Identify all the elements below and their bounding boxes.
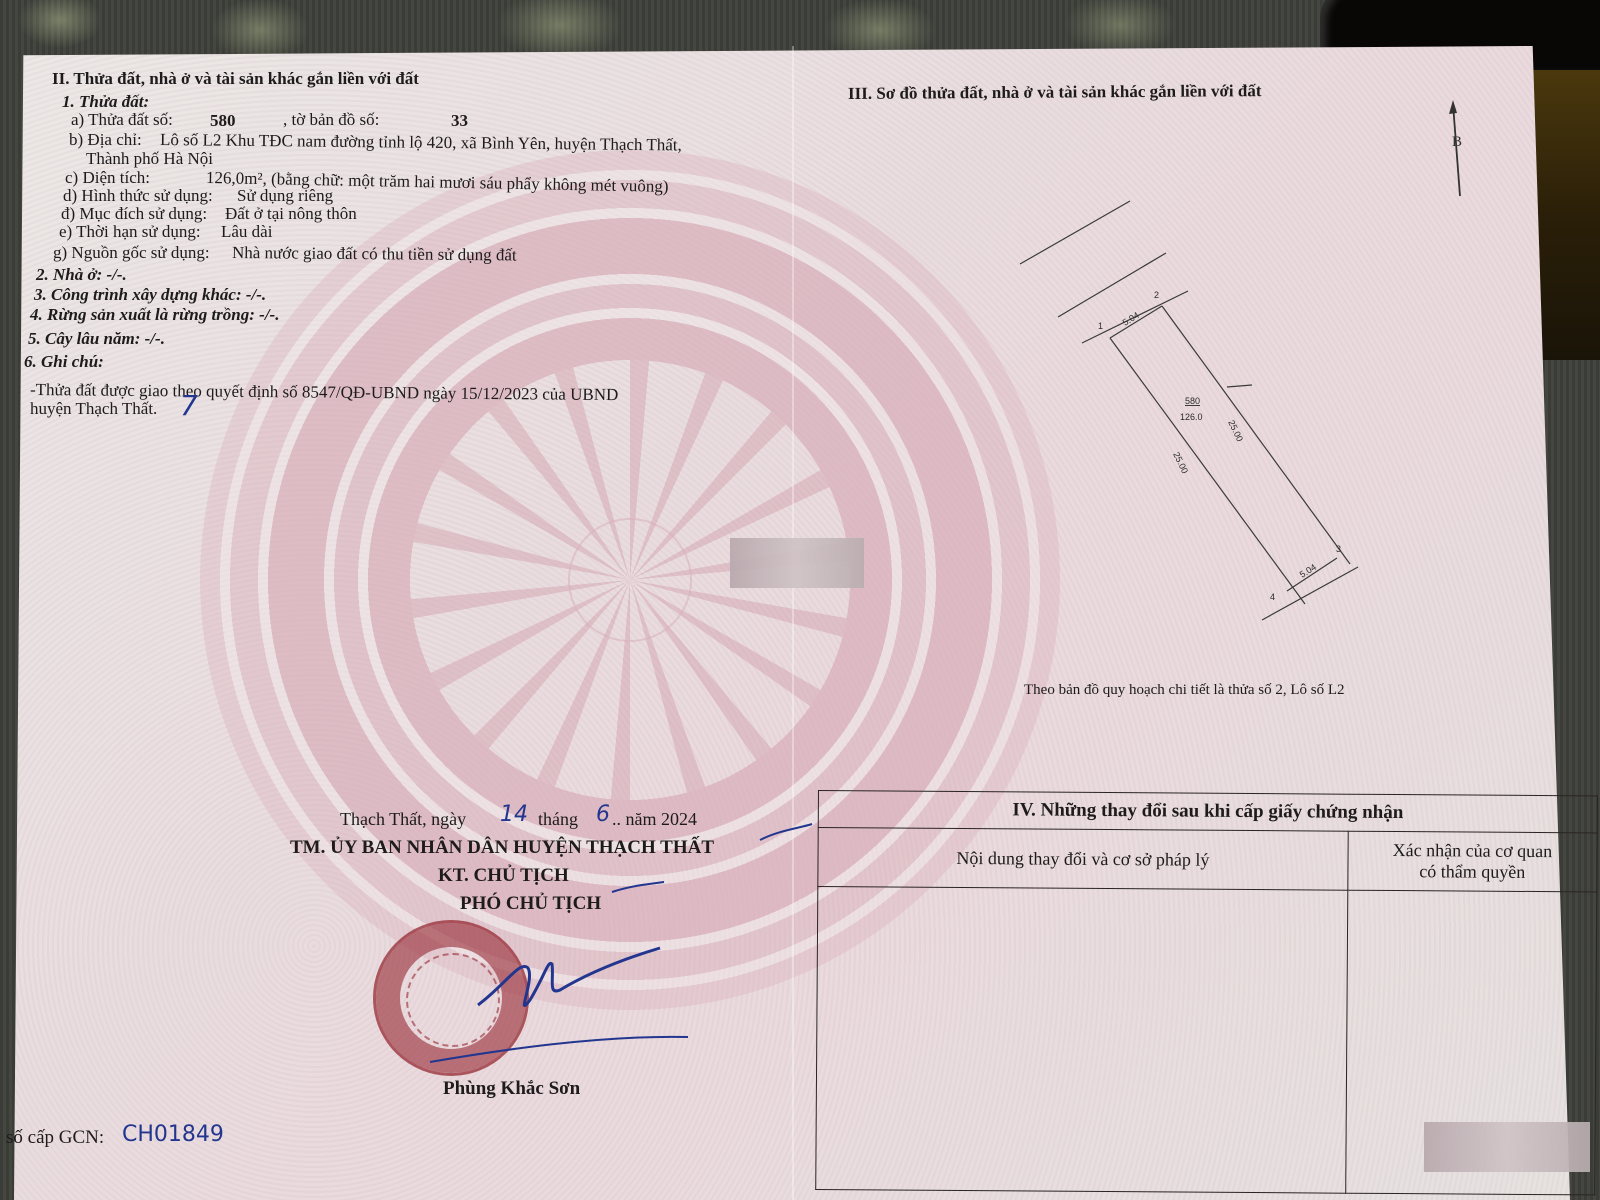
certificate-number-label: số cấp GCN: xyxy=(6,1128,104,1147)
column-header-line1: Xác nhận của cơ quan xyxy=(1348,839,1596,862)
changes-table: IV. Những thay đổi sau khi cấp giấy chứn… xyxy=(815,790,1598,1195)
column-header-line2: có thẩm quyền xyxy=(1348,861,1596,884)
column-header-authority-confirmation: Xác nhận của cơ quan có thẩm quyền xyxy=(1348,831,1598,892)
column-header-change-content: Nội dung thay đổi và cơ sở pháp lý xyxy=(818,828,1348,891)
section4-title: IV. Những thay đổi sau khi cấp giấy chứn… xyxy=(818,791,1597,834)
change-content-cell xyxy=(816,887,1348,1193)
certificate-number: CH01849 xyxy=(122,1124,224,1146)
signer-name: Phùng Khắc Sơn xyxy=(443,1079,580,1098)
authority-confirmation-cell xyxy=(1345,891,1596,1195)
